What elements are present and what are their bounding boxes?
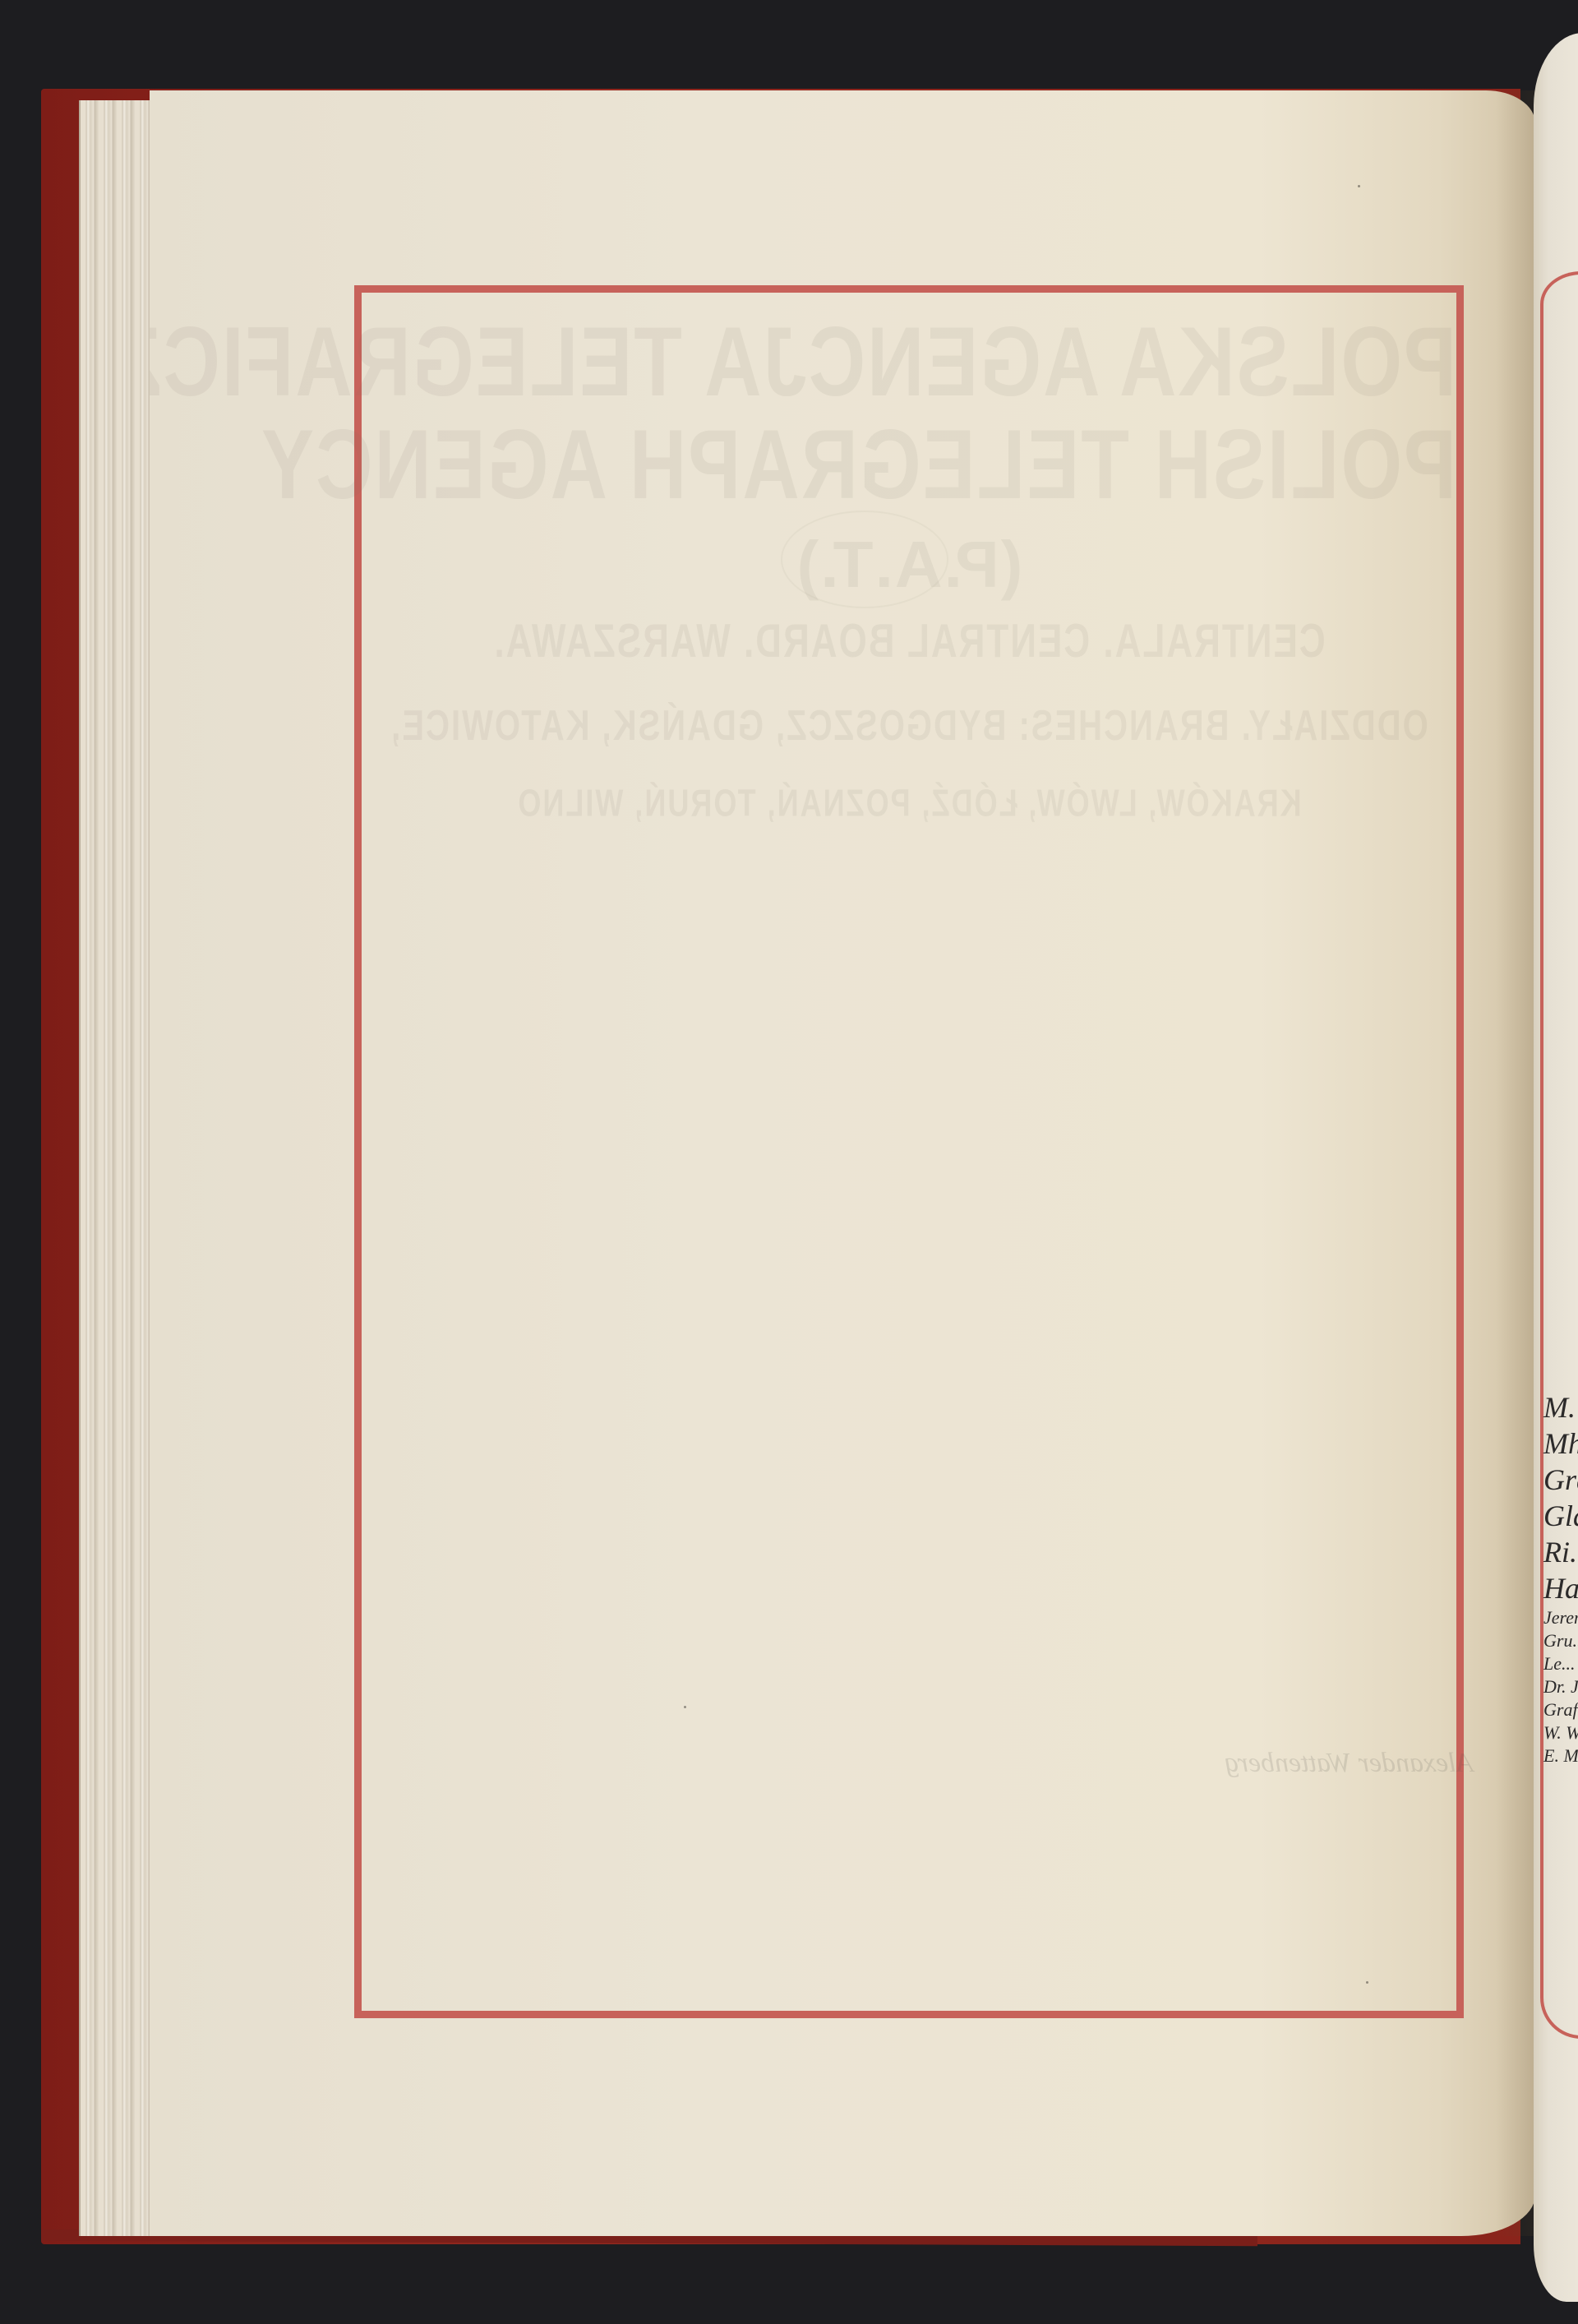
red-page-frame: POLSKA AGENCJA TELEGRAFICZNA POLISH TELE…	[354, 285, 1464, 2018]
bleed-through-line: ODDZIAŁY. BRANCHES: BYDGOSZCZ, GDAŃSK, K…	[362, 702, 1456, 751]
page-stack-edges	[79, 100, 151, 2236]
signature: Dr. Jun...	[1543, 1675, 1578, 1698]
signature: Le...	[1543, 1652, 1578, 1675]
paper-speck	[1366, 1981, 1368, 1984]
signature-list: M. ... Mha... Gray... Gla... Ri... Ha...…	[1543, 1389, 1578, 1767]
paper-speck	[684, 1706, 686, 1708]
signature: Ha...	[1543, 1570, 1578, 1606]
signature: Gla...	[1543, 1498, 1578, 1534]
left-page: POLSKA AGENCJA TELEGRAFICZNA POLISH TELE…	[150, 90, 1535, 2236]
paper-speck	[1358, 185, 1360, 187]
bleed-through-line: (P.A.T.)	[362, 527, 1456, 603]
bleed-through-line: POLSKA AGENCJA TELEGRAFICZNA	[362, 306, 1456, 419]
bleed-through-signature: Alexander Wattenberg	[1225, 1748, 1473, 1779]
signature: E. M...	[1543, 1744, 1578, 1767]
signature: Mha...	[1543, 1425, 1578, 1462]
signature: Jereny...	[1543, 1606, 1578, 1629]
signature: M. ...	[1543, 1389, 1578, 1425]
signature: Gru...	[1543, 1629, 1578, 1652]
signature: Ri...	[1543, 1534, 1578, 1570]
scanned-book-spread: POLSKA AGENCJA TELEGRAFICZNA POLISH TELE…	[0, 0, 1578, 2324]
bleed-through-line: CENTRALA. CENTRAL BOARD. WARSZAWA.	[362, 616, 1456, 669]
bleed-through-line: KRAKÓW, LWÓW, ŁÓDŹ, POZNAŃ, TORUŃ, WILNO	[362, 781, 1456, 826]
signature: Gray...	[1543, 1462, 1578, 1498]
signature: Graf...	[1543, 1698, 1578, 1721]
right-page-edge: M. ... Mha... Gray... Gla... Ri... Ha...…	[1534, 33, 1578, 2302]
right-page-red-frame	[1540, 271, 1578, 2039]
signature: W. Wiley...	[1543, 1721, 1578, 1744]
bleed-through-line: POLISH TELEGRAPH AGENCY	[362, 409, 1456, 522]
